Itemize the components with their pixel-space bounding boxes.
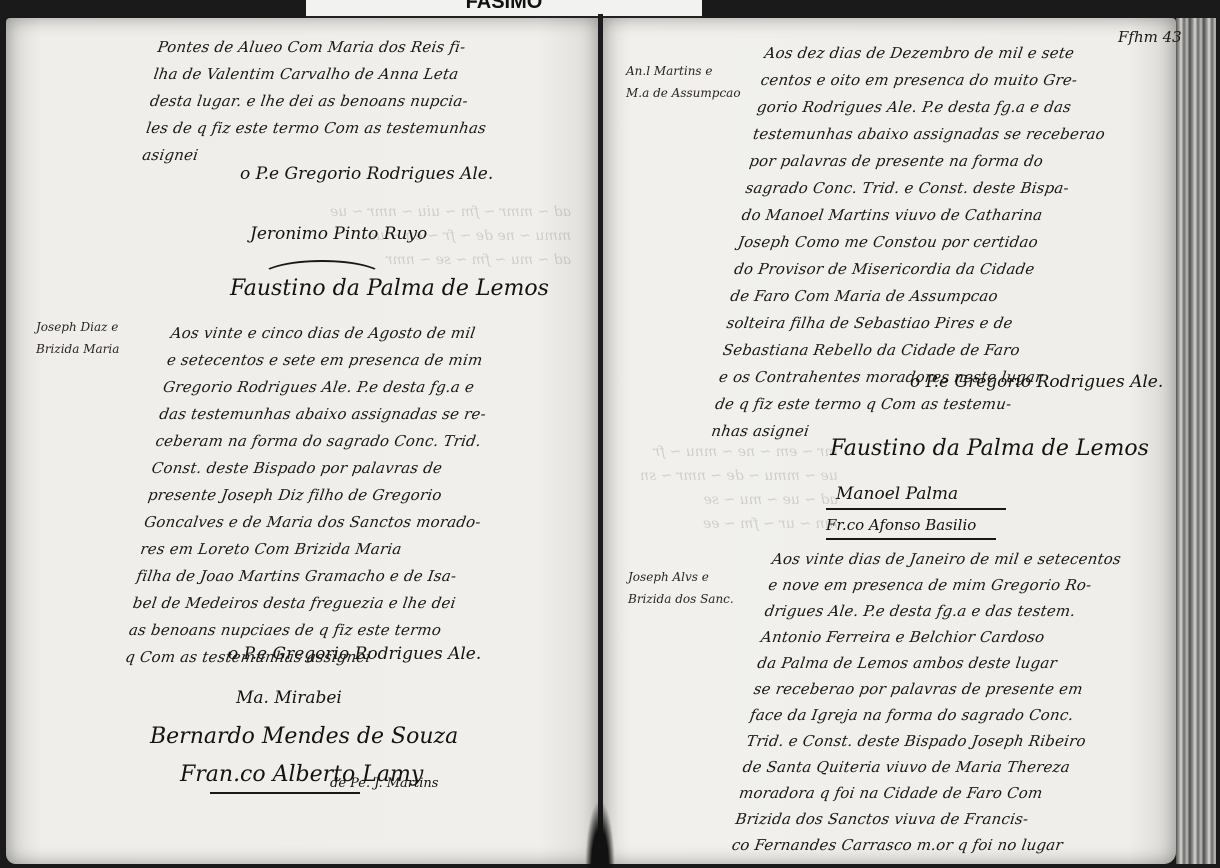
text-line: lha de Valentim Carvalho de Anna Leta [152,61,496,88]
margin-name: Brizida dos Sanc. [628,588,734,610]
margin-name: Joseph Alvs e [628,566,734,588]
text-line: de Santa Quiteria viuvo de Maria Thereza [741,754,1094,780]
witness-signature: Manoel Palma [836,484,958,504]
witness-signature: Bernardo Mendes de Souza [150,724,458,749]
witness-signature: Faustino da Palma de Lemos [830,436,1149,461]
text-line: ceberam na forma do sagrado Conc. Trid. [154,428,494,455]
text-line: da Palma de Lemos ambos deste lugar [756,650,1109,676]
text-line: les de q fiz este termo Com as testemunh… [144,115,488,142]
text-line: co Fernandes Carrasco m.or q foi no luga… [730,832,1083,858]
text-line: moradora q foi na Cidade de Faro Com [737,780,1090,806]
text-line: do Provisor de Misericordia da Cidade [732,256,1088,283]
text-line: por palavras de presente na forma do [747,148,1103,175]
page-edges [1176,18,1216,864]
text-line: e nove em presenca de mim Gregorio Ro- [767,572,1120,598]
text-line: sagrado Conc. Trid. e Const. deste Bispa… [744,175,1100,202]
text-line: Const. deste Bispado por palavras de [150,455,490,482]
text-line: se receberao por palavras de presente em [752,676,1105,702]
text-line: desta lugar. e lhe dei as benoans nupcia… [148,88,492,115]
text-line: as benoans nupciaes de q fiz este termo [127,617,467,644]
text-line: e setecentos e sete em presenca de mim [165,347,505,374]
witness-mark: de Pe. J. Martins [330,776,438,791]
text-line: de Faro Com Maria de Assumpcao [729,283,1085,310]
margin-name: An.l Martins e [626,60,741,82]
priest-signature: o P.e Gregorio Rodrigues Ale. [910,372,1163,392]
text-line: gorio Rodrigues Ale. P.e desta fg.a e da… [755,94,1111,121]
margin-name: Brizida Maria [36,338,119,360]
witness-signature: Ma. Mirabei [236,688,342,708]
signature-underline [210,792,360,794]
text-line: res em Loreto Com Brizida Maria [139,536,479,563]
margin-names: Joseph Alvs e Brizida dos Sanc. [628,566,734,610]
text-line: de q fiz este termo q Com as testemu- [713,391,1069,418]
witness-signature: Jeronimo Pinto Ruyo [250,224,427,244]
priest-signature: o P.e Gregorio Rodrigues Ale. [228,644,481,664]
witness-signature: Fr.co Afonso Basilio [826,516,976,534]
text-line: testemunhas abaixo assignadas se receber… [751,121,1107,148]
text-line: solteira filha de Sebastiao Pires e de [725,310,1081,337]
signature-underline [826,508,1006,510]
text-line: Trid. e Const. deste Bispado Joseph Ribe… [745,728,1098,754]
entry-text-block: Pontes de Alueo Com Maria dos Reis fi- l… [141,34,500,169]
margin-names: Joseph Diaz e Brizida Maria [36,316,119,360]
text-line: filha de Joao Martins Gramacho e de Isa- [135,563,475,590]
archive-label-strip: FASIMO [306,0,702,18]
text-line: Goncalves e de Maria dos Sanctos morado- [142,509,482,536]
text-line: Aos vinte e cinco dias de Agosto de mil [169,320,509,347]
text-line: das testemunhas abaixo assignadas se re- [157,401,497,428]
text-line: Joseph Como me Constou por certidao [736,229,1092,256]
text-line: bel de Medeiros desta freguezia e lhe de… [131,590,471,617]
gutter-shadow [585,800,615,868]
text-line: presente Joseph Diz filho de Gregorio [146,482,486,509]
book-gutter [598,14,603,868]
text-line: drigues Ale. P.e desta fg.a e das testem… [763,598,1116,624]
text-line: Antonio Ferreira e Belchior Cardoso [759,624,1112,650]
signature-underline [826,538,996,540]
text-line: Brizida dos Sanctos viuva de Francis- [734,806,1087,832]
text-line: face da Igreja na forma do sagrado Conc. [748,702,1101,728]
text-line: Aos dez dias de Dezembro de mil e sete [763,40,1119,67]
priest-signature: o P.e Gregorio Rodrigues Ale. [240,164,493,184]
text-line: Aos vinte dias de Janeiro de mil e setec… [770,546,1123,572]
folio-number: Ffhm 43 [1118,28,1182,46]
margin-names: An.l Martins e M.a de Assumpcao [626,60,741,104]
text-line: do Manoel Martins viuvo de Catharina [740,202,1096,229]
text-line: Pontes de Alueo Com Maria dos Reis fi- [156,34,500,61]
text-line: Gregorio Rodrigues Ale. P.e desta fg.a e [161,374,501,401]
margin-name: M.a de Assumpcao [626,82,741,104]
text-line: Sebastiana Rebello da Cidade de Faro [721,337,1077,364]
entry-text-block: Aos vinte e cinco dias de Agosto de mil … [123,320,509,671]
bleed-through-text: mr ~ em ~ ne ~ mnu ~ frue ~ mmu ~ de ~ n… [640,440,838,536]
signature-flourish [260,260,384,294]
text-line: centos e oito em presenca do muito Gre- [759,67,1115,94]
margin-name: Joseph Diaz e [36,316,119,338]
entry-text-block: Aos vinte dias de Janeiro de mil e setec… [730,546,1123,858]
